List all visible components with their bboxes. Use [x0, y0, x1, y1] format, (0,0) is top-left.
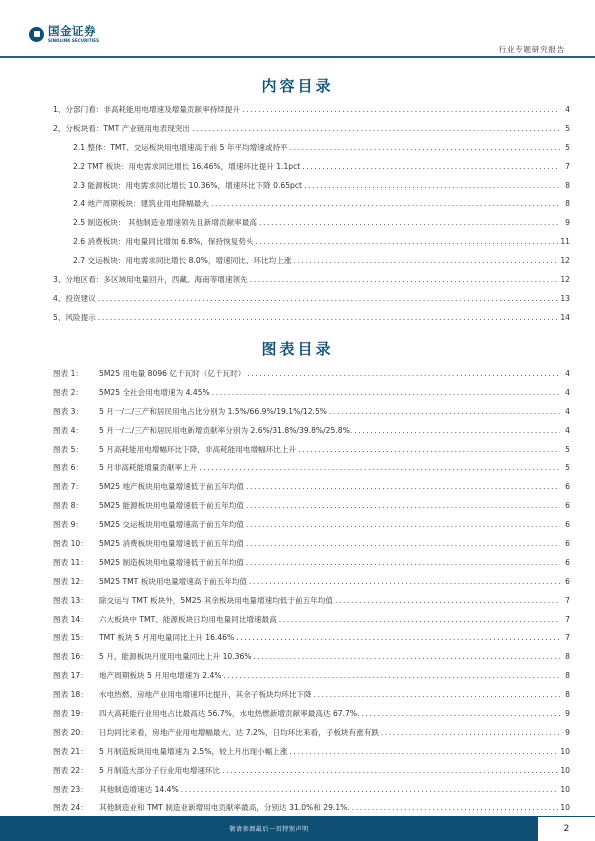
- page-header: 国金证券 SINOLINK SECURITIES 行业专题研究报告: [0, 0, 595, 58]
- toc-item-page: 7: [562, 162, 570, 171]
- figure-number: 图表 8：: [53, 500, 99, 511]
- figure-item[interactable]: 图表 5：5 月高耗能用电增幅环比下降，非高耗能用电增幅环比上升5: [53, 444, 570, 463]
- toc-item-label: 2.7 交运板块：用电需求同比增长 8.0%，增速同比、环比均上涨: [73, 255, 291, 266]
- figure-page: 4: [562, 407, 570, 416]
- toc-subitem[interactable]: 2.2 TMT 板块：用电需求同比增长 16.46%，增速环比提升 1.1pct…: [53, 161, 570, 180]
- toc-leader: [279, 615, 560, 624]
- toc-leader: [298, 445, 560, 454]
- footer-bar: 敬请参阅最后一页特别声明: [0, 816, 538, 841]
- logo-mark-icon: [29, 27, 44, 42]
- toc-item-page: 5: [562, 124, 570, 133]
- figure-item[interactable]: 图表 18：水电热燃、房地产业用电增速环比提升，其余子板块均环比下降8: [53, 689, 570, 708]
- toc-subitem[interactable]: 2.5 制造板块： 其他制造业增速领先且新增贡献率最高 9: [53, 217, 570, 236]
- figure-label: 其他制造增速达 14.4%: [99, 784, 179, 795]
- figure-number: 图表 7：: [53, 481, 99, 492]
- toc-leader: [352, 803, 559, 812]
- toc-leader: [246, 501, 560, 510]
- toc-leader: [302, 162, 560, 171]
- toc-item-label: 2.4 地产周期板块：建筑业用电降幅最大: [73, 198, 209, 209]
- toc-item-page: 11: [560, 237, 570, 246]
- toc-item-label: 2、分板块看：TMT 产业链用电表现突出: [53, 123, 190, 134]
- figure-item[interactable]: 图表 7：5M25 地产板块用电量增速低于前五年均值6: [53, 481, 570, 500]
- figure-label: 5M25 交运板块用电量增速高于前五年均值: [99, 519, 244, 530]
- toc-leader: [246, 558, 560, 567]
- figure-item[interactable]: 图表 21：5 月制造板块用电量增速为 2.5%，较上月出现小幅上涨10: [53, 746, 570, 765]
- figure-item[interactable]: 图表 15：TMT 板块 5 月用电量同比上升 16.46%7: [53, 632, 570, 651]
- toc-item[interactable]: 1、分部门看：非高耗能用电增速及增量贡献率持续提升 4: [53, 104, 570, 123]
- figure-page: 5: [562, 463, 570, 472]
- figure-page: 7: [562, 596, 570, 605]
- figure-page: 10: [560, 766, 570, 775]
- figure-item[interactable]: 图表 10：5M25 消费板块用电量增速低于前五年均值6: [53, 538, 570, 557]
- figure-label: 四大高耗能行业用电占比最高达 56.7%，水电热燃新增贡献率最高达 67.7%.: [99, 708, 360, 719]
- contents-title: 内容目录: [0, 75, 595, 96]
- toc-item-label: 1、分部门看：非高耗能用电增速及增量贡献率持续提升: [53, 104, 240, 115]
- figure-page: 6: [562, 520, 570, 529]
- figure-item[interactable]: 图表 12：5M25 TMT 板块用电量增速高于前五年均值6: [53, 576, 570, 595]
- figures-list: 图表 1：5M25 用电量 8096 亿千瓦时（亿千瓦时）4 图表 2：5M25…: [53, 368, 570, 821]
- figure-item[interactable]: 图表 19：四大高耗能行业用电占比最高达 56.7%，水电热燃新增贡献率最高达 …: [53, 708, 570, 727]
- toc-item-page: 14: [560, 313, 570, 322]
- toc-item[interactable]: 5、风险提示 14: [53, 312, 570, 331]
- figure-number: 图表 15：: [53, 632, 99, 643]
- toc-subitem[interactable]: 2.6 消费板块：用电量同比增加 6.8%，保持恢复势头 11: [53, 236, 570, 255]
- figure-item[interactable]: 图表 2：5M25 全社会用电增速为 4.45%4: [53, 387, 570, 406]
- figure-number: 图表 17：: [53, 670, 99, 681]
- toc-leader: [192, 124, 560, 133]
- figure-page: 9: [562, 728, 570, 737]
- figure-number: 图表 3：: [53, 406, 99, 417]
- figure-number: 图表 4：: [53, 425, 99, 436]
- figure-page: 6: [562, 539, 570, 548]
- figure-page: 8: [562, 690, 570, 699]
- toc-item-page: 8: [562, 199, 570, 208]
- figure-item[interactable]: 图表 17：地产周期板块 5 月用电增速为 2.4%8: [53, 670, 570, 689]
- toc-leader: [254, 652, 560, 661]
- figure-item[interactable]: 图表 16：5 月，能源板块月度用电量同比上升 10.36%8: [53, 651, 570, 670]
- toc-leader: [247, 369, 560, 378]
- toc-leader: [250, 275, 559, 284]
- figure-number: 图表 20：: [53, 727, 99, 738]
- toc-item-label: 2.3 能源板块：用电需求同比增长 10.36%，增速环比下降 0.65pct: [73, 180, 302, 191]
- toc-item[interactable]: 2、分板块看：TMT 产业链用电表现突出 5: [53, 123, 570, 142]
- figure-number: 图表 21：: [53, 746, 99, 757]
- figure-label: 地产周期板块 5 月用电增速为 2.4%: [99, 670, 222, 681]
- figure-label: 5M25 TMT 板块用电量增速高于前五年均值: [99, 576, 247, 587]
- figure-number: 图表 16：: [53, 651, 99, 662]
- figure-label: 5M25 用电量 8096 亿千瓦时（亿千瓦时）: [99, 368, 245, 379]
- toc-leader: [181, 785, 559, 794]
- toc-leader: [354, 426, 560, 435]
- logo-en: SINOLINK SECURITIES: [48, 39, 99, 43]
- figure-item[interactable]: 图表 3：5 月一/二/三产和居民用电占比分别为 1.5%/66.9%/19.1…: [53, 406, 570, 425]
- toc-item-page: 5: [562, 143, 570, 152]
- figure-label: 除交运与 TMT 板块外，5M25 其余板块用电量增速均低于前五年均值: [99, 595, 333, 606]
- figure-number: 图表 22：: [53, 765, 99, 776]
- figure-label: TMT 板块 5 月用电量同比上升 16.46%: [99, 632, 234, 643]
- toc-leader: [211, 199, 560, 208]
- figure-label: 水电热燃、房地产业用电增速环比提升，其余子板块均环比下降: [99, 689, 312, 700]
- figure-label: 5M25 制造板块用电量增速低于前五年均值: [99, 557, 244, 568]
- toc-leader: [242, 105, 560, 114]
- toc-leader: [314, 690, 560, 699]
- toc-leader: [212, 388, 560, 397]
- figure-number: 图表 23：: [53, 784, 99, 795]
- toc-leader: [381, 728, 560, 737]
- toc-item-page: 12: [560, 256, 570, 265]
- toc-leader: [255, 237, 558, 246]
- toc-leader: [335, 596, 560, 605]
- figure-label: 其他制造业和 TMT 制造业新增用电贡献率最高，分别达 31.0%和 29.1%…: [99, 802, 350, 813]
- figure-number: 图表 12：: [53, 576, 99, 587]
- figure-label: 5 月一/二/三产和居民用电新增贡献率分别为 2.6%/31.8%/39.8%/…: [99, 425, 352, 436]
- figure-page: 9: [562, 709, 570, 718]
- figure-label: 5 月制造大部分子行业用电增速环比: [99, 765, 220, 776]
- figure-number: 图表 13：: [53, 595, 99, 606]
- toc-subitem[interactable]: 2.3 能源板块：用电需求同比增长 10.36%，增速环比下降 0.65pct …: [53, 180, 570, 199]
- figure-label: 5 月一/二/三产和居民用电占比分别为 1.5%/66.9%/19.1%/12.…: [99, 406, 327, 417]
- toc-item-label: 3、分地区看：多区域用电量回升，西藏、海南等增速领先: [53, 274, 248, 285]
- toc-leader: [246, 520, 560, 529]
- figure-label: 5M25 消费板块用电量增速低于前五年均值: [99, 538, 244, 549]
- page-number: 2: [538, 816, 595, 841]
- figure-item[interactable]: 图表 8：5M25 能源板块用电量增速低于前五年均值6: [53, 500, 570, 519]
- toc-item-page: 9: [562, 218, 570, 227]
- figure-page: 4: [562, 369, 570, 378]
- figure-number: 图表 24：: [53, 802, 99, 813]
- figure-number: 图表 14：: [53, 614, 99, 625]
- page-footer: 敬请参阅最后一页特别声明 2: [0, 816, 595, 841]
- figure-item[interactable]: 图表 11：5M25 制造板块用电量增速低于前五年均值6: [53, 557, 570, 576]
- toc-leader: [362, 709, 560, 718]
- figure-label: 5M25 全社会用电增速为 4.45%: [99, 387, 210, 398]
- figure-label: 5M25 地产板块用电量增速低于前五年均值: [99, 481, 244, 492]
- figure-number: 图表 18：: [53, 689, 99, 700]
- figure-page: 6: [562, 501, 570, 510]
- toc-leader: [293, 256, 558, 265]
- company-logo: 国金证券 SINOLINK SECURITIES: [29, 26, 99, 43]
- figure-item[interactable]: 图表 13：除交运与 TMT 板块外，5M25 其余板块用电量增速均低于前五年均…: [53, 595, 570, 614]
- figure-label: 5 月，能源板块月度用电量同比上升 10.36%: [99, 651, 252, 662]
- figure-number: 图表 1：: [53, 368, 99, 379]
- figure-number: 图表 9：: [53, 519, 99, 530]
- toc-leader: [259, 218, 560, 227]
- figure-label: 5M25 能源板块用电量增速低于前五年均值: [99, 500, 244, 511]
- figure-label: 5 月制造板块用电量增速为 2.5%，较上月出现小幅上涨: [99, 746, 287, 757]
- toc-leader: [304, 181, 560, 190]
- toc-item-page: 4: [562, 105, 570, 114]
- figure-item[interactable]: 图表 6：5 月非高耗能增量贡献率上升5: [53, 462, 570, 481]
- figure-label: 日均同比来看，房地产业用电增幅最大、达 7.2%，日均环比来看，子板块有涨有跌: [99, 727, 379, 738]
- figure-page: 5: [562, 445, 570, 454]
- toc-item-label: 2.1 整体：TMT、交运板块用电增速高于前 5 年平均增速或持平: [73, 142, 288, 153]
- report-type: 行业专题研究报告: [499, 44, 565, 55]
- toc-leader: [199, 463, 560, 472]
- toc-item-label: 2.5 制造板块： 其他制造业增速领先且新增贡献率最高: [73, 217, 257, 228]
- toc-leader: [246, 539, 560, 548]
- figure-page: 8: [562, 652, 570, 661]
- toc-item-label: 2.6 消费板块：用电量同比增加 6.8%，保持恢复势头: [73, 236, 253, 247]
- toc-leader: [224, 671, 561, 680]
- figure-page: 6: [562, 558, 570, 567]
- figure-page: 10: [560, 803, 570, 812]
- figure-item[interactable]: 图表 1：5M25 用电量 8096 亿千瓦时（亿千瓦时）4: [53, 368, 570, 387]
- figure-number: 图表 10：: [53, 538, 99, 549]
- toc-leader: [236, 633, 560, 642]
- toc-leader: [222, 766, 558, 775]
- toc-leader: [249, 577, 560, 586]
- figure-number: 图表 5：: [53, 444, 99, 455]
- figure-page: 6: [562, 577, 570, 586]
- figure-page: 7: [562, 633, 570, 642]
- figure-label: 5 月非高耗能增量贡献率上升: [99, 462, 197, 473]
- toc-leader: [329, 407, 560, 416]
- figure-item[interactable]: 图表 23：其他制造增速达 14.4%10: [53, 784, 570, 803]
- toc-leader: [289, 747, 558, 756]
- header-divider: [0, 56, 595, 58]
- toc-item[interactable]: 4、投资建议 13: [53, 293, 570, 312]
- figures-title: 图表目录: [0, 338, 595, 359]
- toc-subitem[interactable]: 2.7 交运板块：用电需求同比增长 8.0%，增速同比、环比均上涨 12: [53, 255, 570, 274]
- logo-text: 国金证券 SINOLINK SECURITIES: [48, 26, 99, 43]
- toc-item-page: 13: [560, 294, 570, 303]
- figure-number: 图表 6：: [53, 462, 99, 473]
- figure-item[interactable]: 图表 4：5 月一/二/三产和居民用电新增贡献率分别为 2.6%/31.8%/3…: [53, 425, 570, 444]
- figure-page: 8: [562, 671, 570, 680]
- contents-list: 1、分部门看：非高耗能用电增速及增量贡献率持续提升 4 2、分板块看：TMT 产…: [53, 104, 570, 331]
- figure-item[interactable]: 图表 14：六大板块中 TMT、能源板块日均用电量同比增速最高7: [53, 614, 570, 633]
- toc-item-page: 12: [560, 275, 570, 284]
- figure-page: 4: [562, 426, 570, 435]
- figure-label: 5 月高耗能用电增幅环比下降，非高耗能用电增幅环比上升: [99, 444, 296, 455]
- figure-page: 10: [560, 785, 570, 794]
- toc-item-label: 5、风险提示: [53, 312, 96, 323]
- figure-page: 6: [562, 482, 570, 491]
- figure-page: 10: [560, 747, 570, 756]
- figure-item[interactable]: 图表 9：5M25 交运板块用电量增速高于前五年均值6: [53, 519, 570, 538]
- figure-item[interactable]: 图表 22：5 月制造大部分子行业用电增速环比10: [53, 765, 570, 784]
- figure-label: 六大板块中 TMT、能源板块日均用电量同比增速最高: [99, 614, 277, 625]
- figure-page: 4: [562, 388, 570, 397]
- figure-item[interactable]: 图表 20：日均同比来看，房地产业用电增幅最大、达 7.2%，日均环比来看，子板…: [53, 727, 570, 746]
- figure-page: 7: [562, 615, 570, 624]
- toc-subitem[interactable]: 2.4 地产周期板块：建筑业用电降幅最大 8: [53, 198, 570, 217]
- toc-leader: [98, 313, 559, 322]
- logo-cn: 国金证券: [48, 26, 99, 38]
- toc-item-label: 4、投资建议: [53, 293, 96, 304]
- toc-leader: [246, 482, 560, 491]
- figure-number: 图表 11：: [53, 557, 99, 568]
- toc-item-label: 2.2 TMT 板块：用电需求同比增长 16.46%，增速环比提升 1.1pct: [73, 161, 300, 172]
- toc-subitem[interactable]: 2.1 整体：TMT、交运板块用电增速高于前 5 年平均增速或持平 5: [53, 142, 570, 161]
- toc-leader: [98, 294, 559, 303]
- figure-number: 图表 19：: [53, 708, 99, 719]
- figure-number: 图表 2：: [53, 387, 99, 398]
- disclaimer-note: 敬请参阅最后一页特别声明: [229, 824, 308, 833]
- toc-leader: [290, 143, 560, 152]
- toc-item-page: 8: [562, 181, 570, 190]
- toc-item[interactable]: 3、分地区看：多区域用电量回升，西藏、海南等增速领先 12: [53, 274, 570, 293]
